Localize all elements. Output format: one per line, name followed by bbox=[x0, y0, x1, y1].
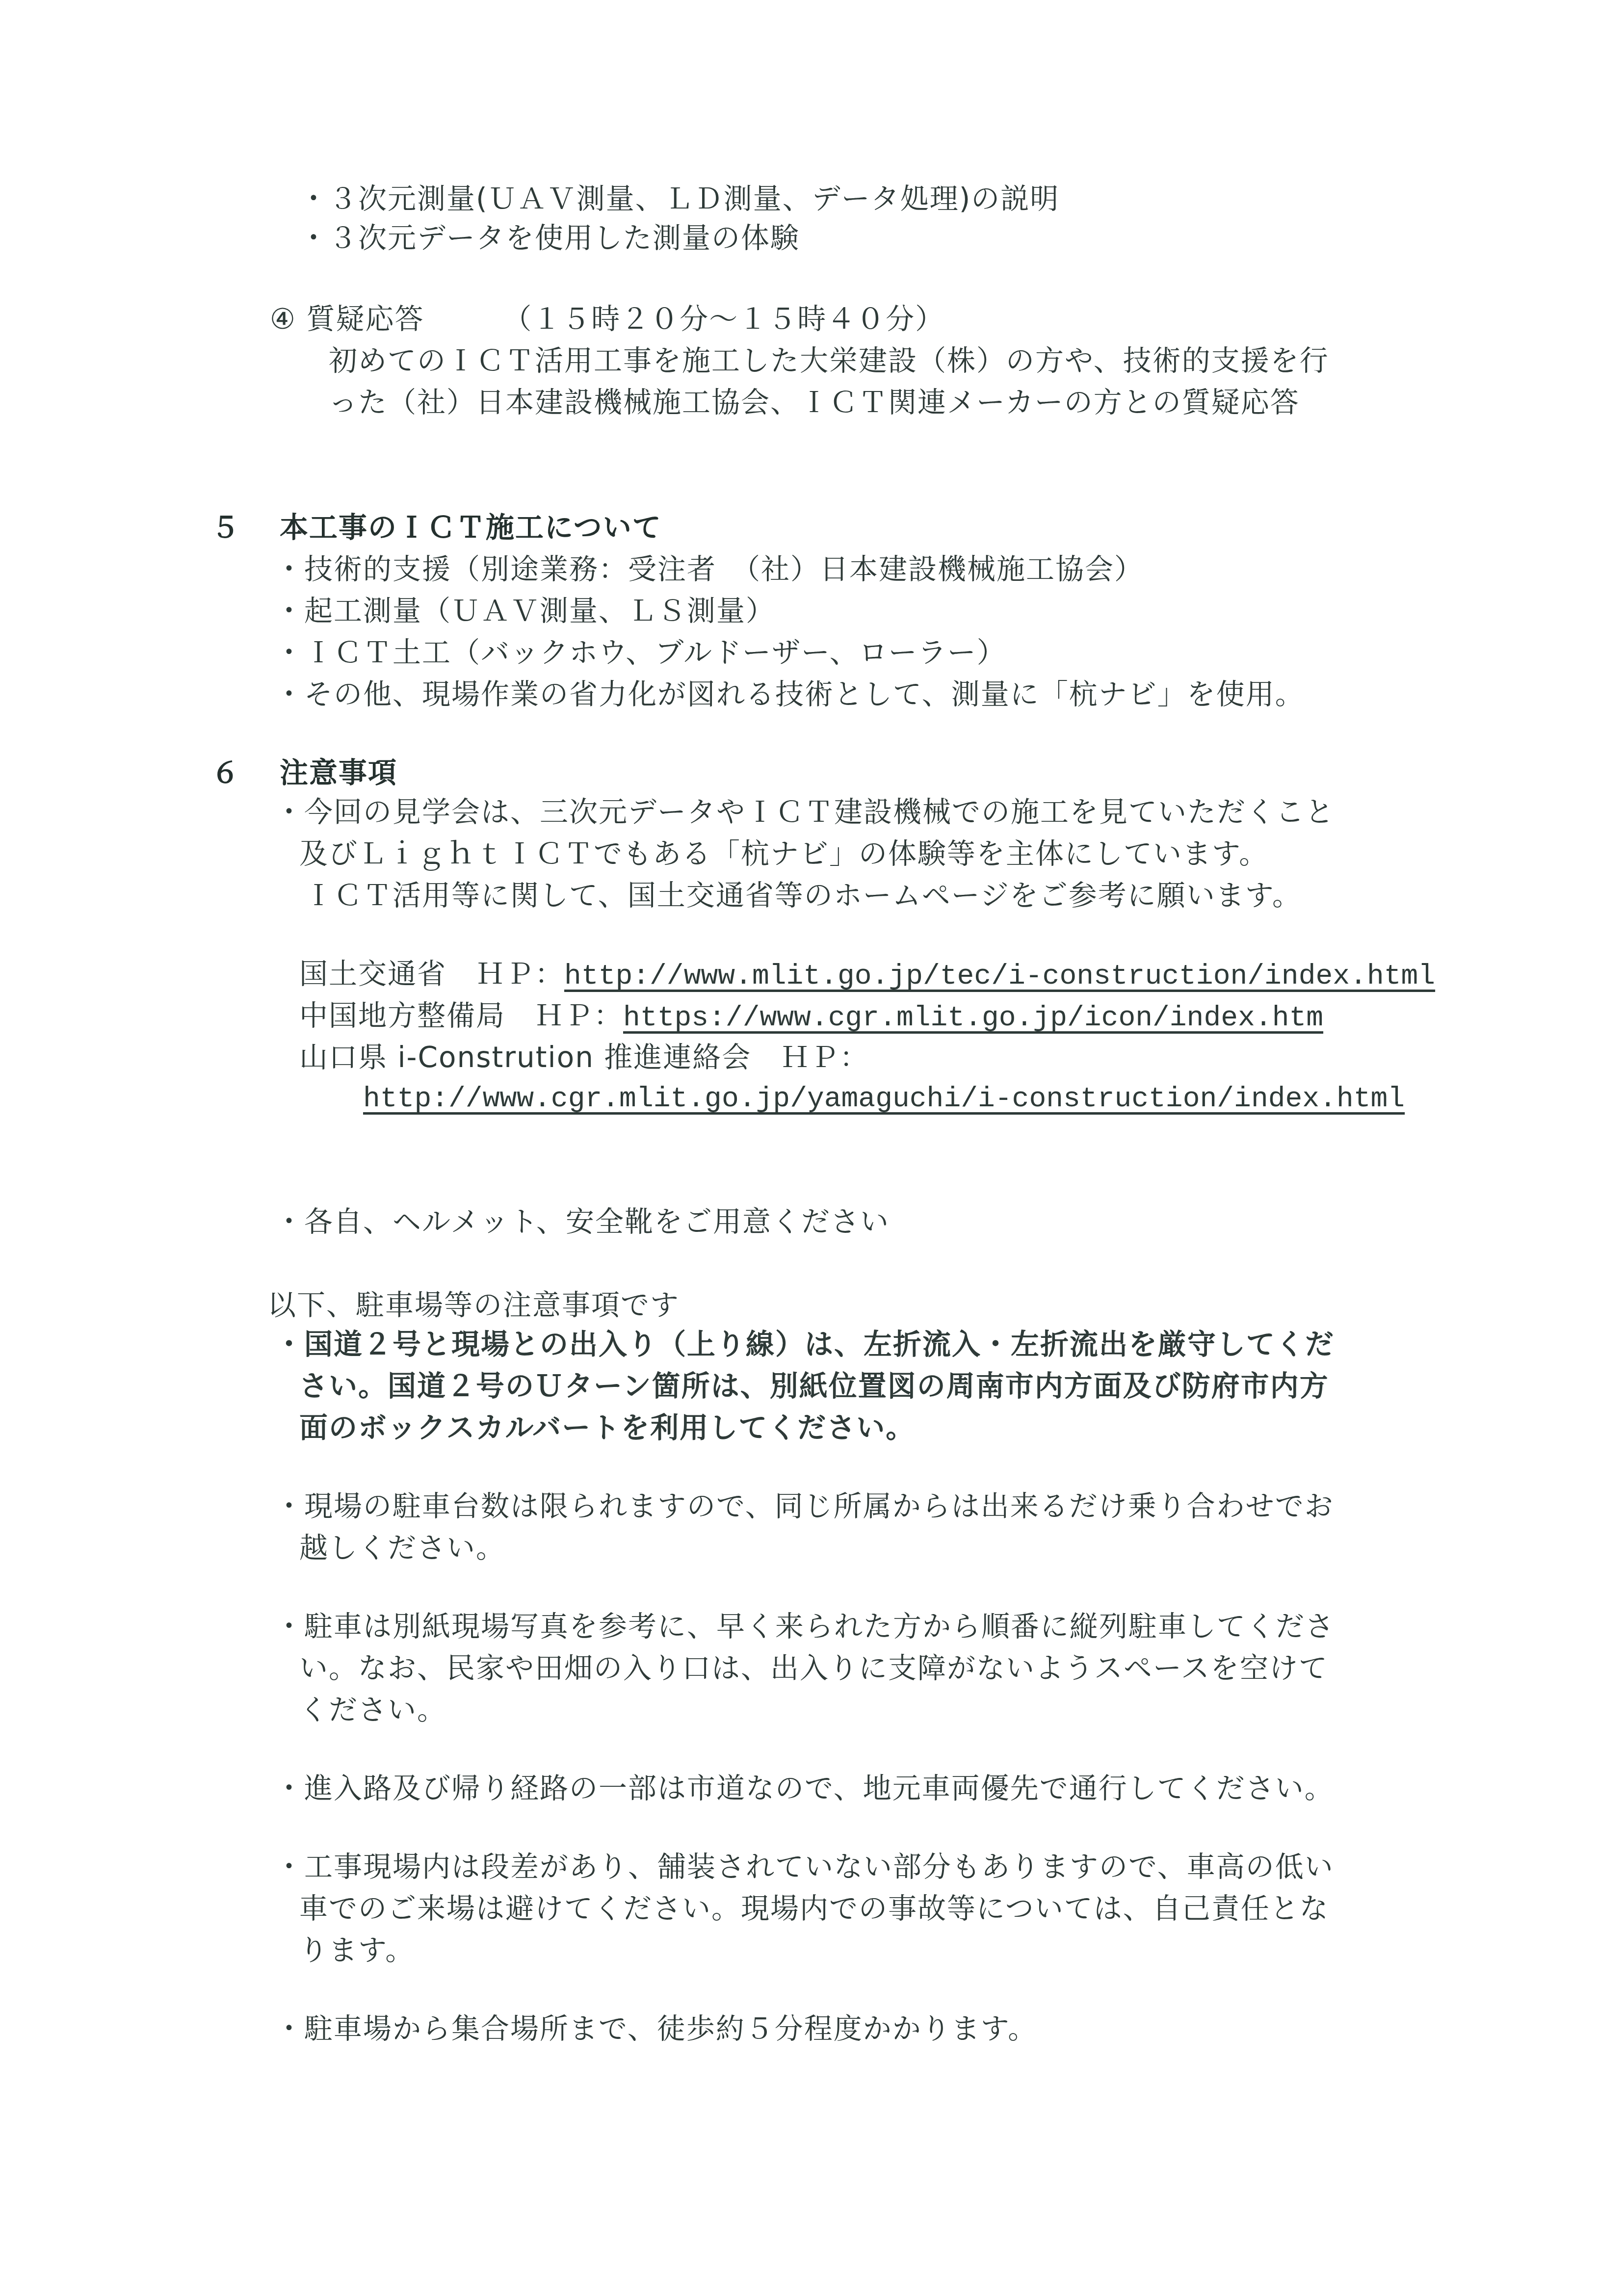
link-label-yamaguchi: 山口県 i-Constrution 推進連絡会 ＨＰ： bbox=[299, 1040, 869, 1074]
qa-time: （１５時２０分～１５時４０分） bbox=[503, 302, 944, 336]
link-label: 中国地方整備局 ＨＰ： bbox=[299, 999, 623, 1032]
bullet-3d-survey-explanation: ・３次元測量(ＵＡＶ測量、ＬＤ測量、データ処理)の説明 bbox=[299, 182, 1059, 216]
section-6-number: ６ bbox=[211, 756, 280, 790]
parking-intro: 以下、駐車場等の注意事項です bbox=[267, 1288, 680, 1322]
link-mlit-url[interactable]: http://www.mlit.go.jp/tec/i-construction… bbox=[564, 961, 1435, 992]
parking-item-2-line-2: 越しください。 bbox=[299, 1531, 505, 1565]
section-5-item: ・ＩＣＴ土工（バックホウ、ブルドーザー、ローラー） bbox=[275, 635, 1006, 670]
section-6-title: 注意事項 bbox=[280, 756, 397, 789]
section-5-item: ・技術的支援（別途業務：受注者 （社）日本建設機械施工協会） bbox=[275, 552, 1144, 586]
section-6-intro-line-3: ＩＣＴ活用等に関して、国土交通省等のホームページをご参考に願います。 bbox=[304, 878, 1302, 913]
parking-item-5-line-1: ・工事現場内は段差があり、舗装されていない部分もありますので、車高の低い bbox=[275, 1850, 1334, 1884]
parking-item-1-line-3: 面のボックスカルバートを利用してください。 bbox=[299, 1410, 915, 1445]
link-yamaguchi-url[interactable]: http://www.cgr.mlit.go.jp/yamaguchi/i-co… bbox=[363, 1083, 1405, 1115]
parking-item-5-line-2: 車でのご来場は避けてください。現場内での事故等については、自己責任とな bbox=[299, 1891, 1329, 1926]
section-6-intro-line-1: ・今回の見学会は、三次元データやＩＣＴ建設機械での施工を見ていただくこと bbox=[275, 795, 1335, 829]
bullet-3d-data-experience: ・３次元データを使用した測量の体験 bbox=[299, 221, 800, 255]
section-5-item: ・起工測量（ＵＡＶ測量、ＬＳ測量） bbox=[275, 594, 775, 628]
parking-item-3-line-3: ください。 bbox=[299, 1693, 446, 1727]
parking-item-1-line-1: ・国道２号と現場との出入り（上り線）は、左折流入・左折流出を厳守してくだ bbox=[275, 1327, 1335, 1361]
parking-item-6-line-1: ・駐車場から集合場所まで、徒歩約５分程度かかります。 bbox=[275, 2011, 1037, 2046]
qa-description-line-2: った（社）日本建設機械施工協会、ＩＣＴ関連メーカーの方との質疑応答 bbox=[329, 385, 1300, 419]
parking-item-3-line-2: い。なお、民家や田畑の入り口は、出入りに支障がないようスペースを空けて bbox=[299, 1651, 1328, 1685]
link-row-yamaguchi: http://www.cgr.mlit.go.jp/yamaguchi/i-co… bbox=[363, 1079, 1405, 1117]
link-label: 国土交通省 ＨＰ： bbox=[299, 957, 564, 991]
parking-item-4-line-1: ・進入路及び帰り経路の一部は市道なので、地元車両優先で通行してください。 bbox=[275, 1771, 1334, 1805]
qa-label: ④ 質疑応答 bbox=[270, 302, 424, 336]
qa-description-line-1: 初めてのＩＣＴ活用工事を施工した大栄建設（株）の方や、技術的支援を行 bbox=[329, 343, 1329, 378]
section-6-heading: ６注意事項 bbox=[211, 756, 397, 790]
parking-item-3-line-1: ・駐車は別紙現場写真を参考に、早く来られた方から順番に縦列駐車してくださ bbox=[275, 1609, 1335, 1644]
parking-item-1-line-2: さい。国道２号のＵターン箇所は、別紙位置図の周南市内方面及び防府市内方 bbox=[299, 1369, 1329, 1403]
parking-item-5-line-3: ります。 bbox=[299, 1933, 415, 1967]
document-page: ・３次元測量(ＵＡＶ測量、ＬＤ測量、データ処理)の説明 ・３次元データを使用した… bbox=[0, 0, 1624, 2296]
link-row-cgr: 中国地方整備局 ＨＰ：https://www.cgr.mlit.go.jp/ic… bbox=[299, 998, 1323, 1036]
section-5-number: ５ bbox=[211, 510, 280, 545]
section-6-intro-line-2: 及びＬｉｇｈｔＩＣＴでもある「杭ナビ」の体験等を主体にしています。 bbox=[299, 836, 1268, 871]
section-5-heading: ５本工事のＩＣＴ施工について bbox=[211, 510, 662, 545]
section-5-item: ・その他、現場作業の省力化が図れる技術として、測量に「杭ナビ」を使用。 bbox=[275, 677, 1305, 711]
qa-heading: ④ 質疑応答 （１５時２０分～１５時４０分） bbox=[270, 302, 944, 336]
link-row-mlit: 国土交通省 ＨＰ：http://www.mlit.go.jp/tec/i-con… bbox=[299, 957, 1435, 994]
section-5-title: 本工事のＩＣＴ施工について bbox=[280, 511, 662, 544]
parking-item-2-line-1: ・現場の駐車台数は限られますので、同じ所属からは出来るだけ乗り合わせでお bbox=[275, 1489, 1334, 1523]
helmet-note: ・各自、ヘルメット、安全靴をご用意ください bbox=[275, 1204, 890, 1239]
link-cgr-url[interactable]: https://www.cgr.mlit.go.jp/icon/index.ht… bbox=[623, 1002, 1323, 1034]
